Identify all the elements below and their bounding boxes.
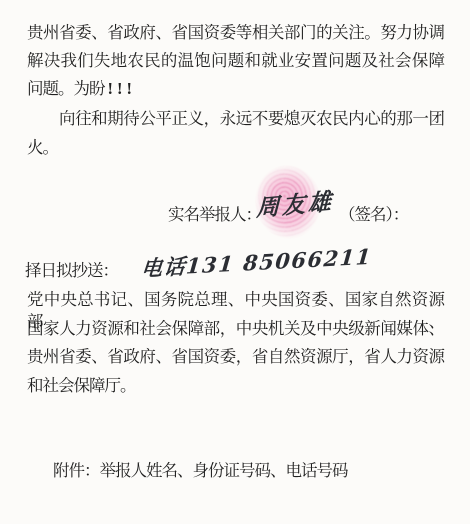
scanned-letter-page: 贵州省委、省政府、省国资委等相关部门的关注。努力协调 解决我们失地农民的温饱问题…: [0, 0, 470, 524]
cc-line: 和社会保障厅。: [27, 375, 444, 397]
body-line: 向往和期待公平正义，永远不要熄灭农民内心的那一团: [27, 108, 444, 130]
attachment-line: 附件：举报人姓名、身份证号码、电话号码: [27, 460, 444, 482]
body-line-text: 问题。为盼: [27, 79, 105, 98]
exclamation-marks: !!!: [105, 79, 136, 98]
handwritten-phone-number: 电话131 85066211: [140, 241, 373, 283]
body-line: 解决我们失地农民的温饱问题和就业安置问题及社会保障: [27, 50, 444, 72]
handwritten-signature: 周友雄: [256, 183, 334, 223]
cc-line: 国家人力资源和社会保障部，中央机关及中央级新闻媒体、: [27, 318, 444, 340]
body-line: 问题。为盼!!!: [27, 78, 444, 100]
body-line: 火。: [27, 137, 444, 159]
cc-label: 择日拟抄送：: [25, 257, 118, 281]
signature-label: 实名举报人：: [168, 201, 261, 225]
cc-line: 贵州省委、省政府、省国资委，省自然资源厅，省人力资源: [27, 346, 444, 368]
signature-suffix: （签名）：: [339, 201, 408, 225]
body-line: 贵州省委、省政府、省国资委等相关部门的关注。努力协调: [27, 22, 444, 44]
